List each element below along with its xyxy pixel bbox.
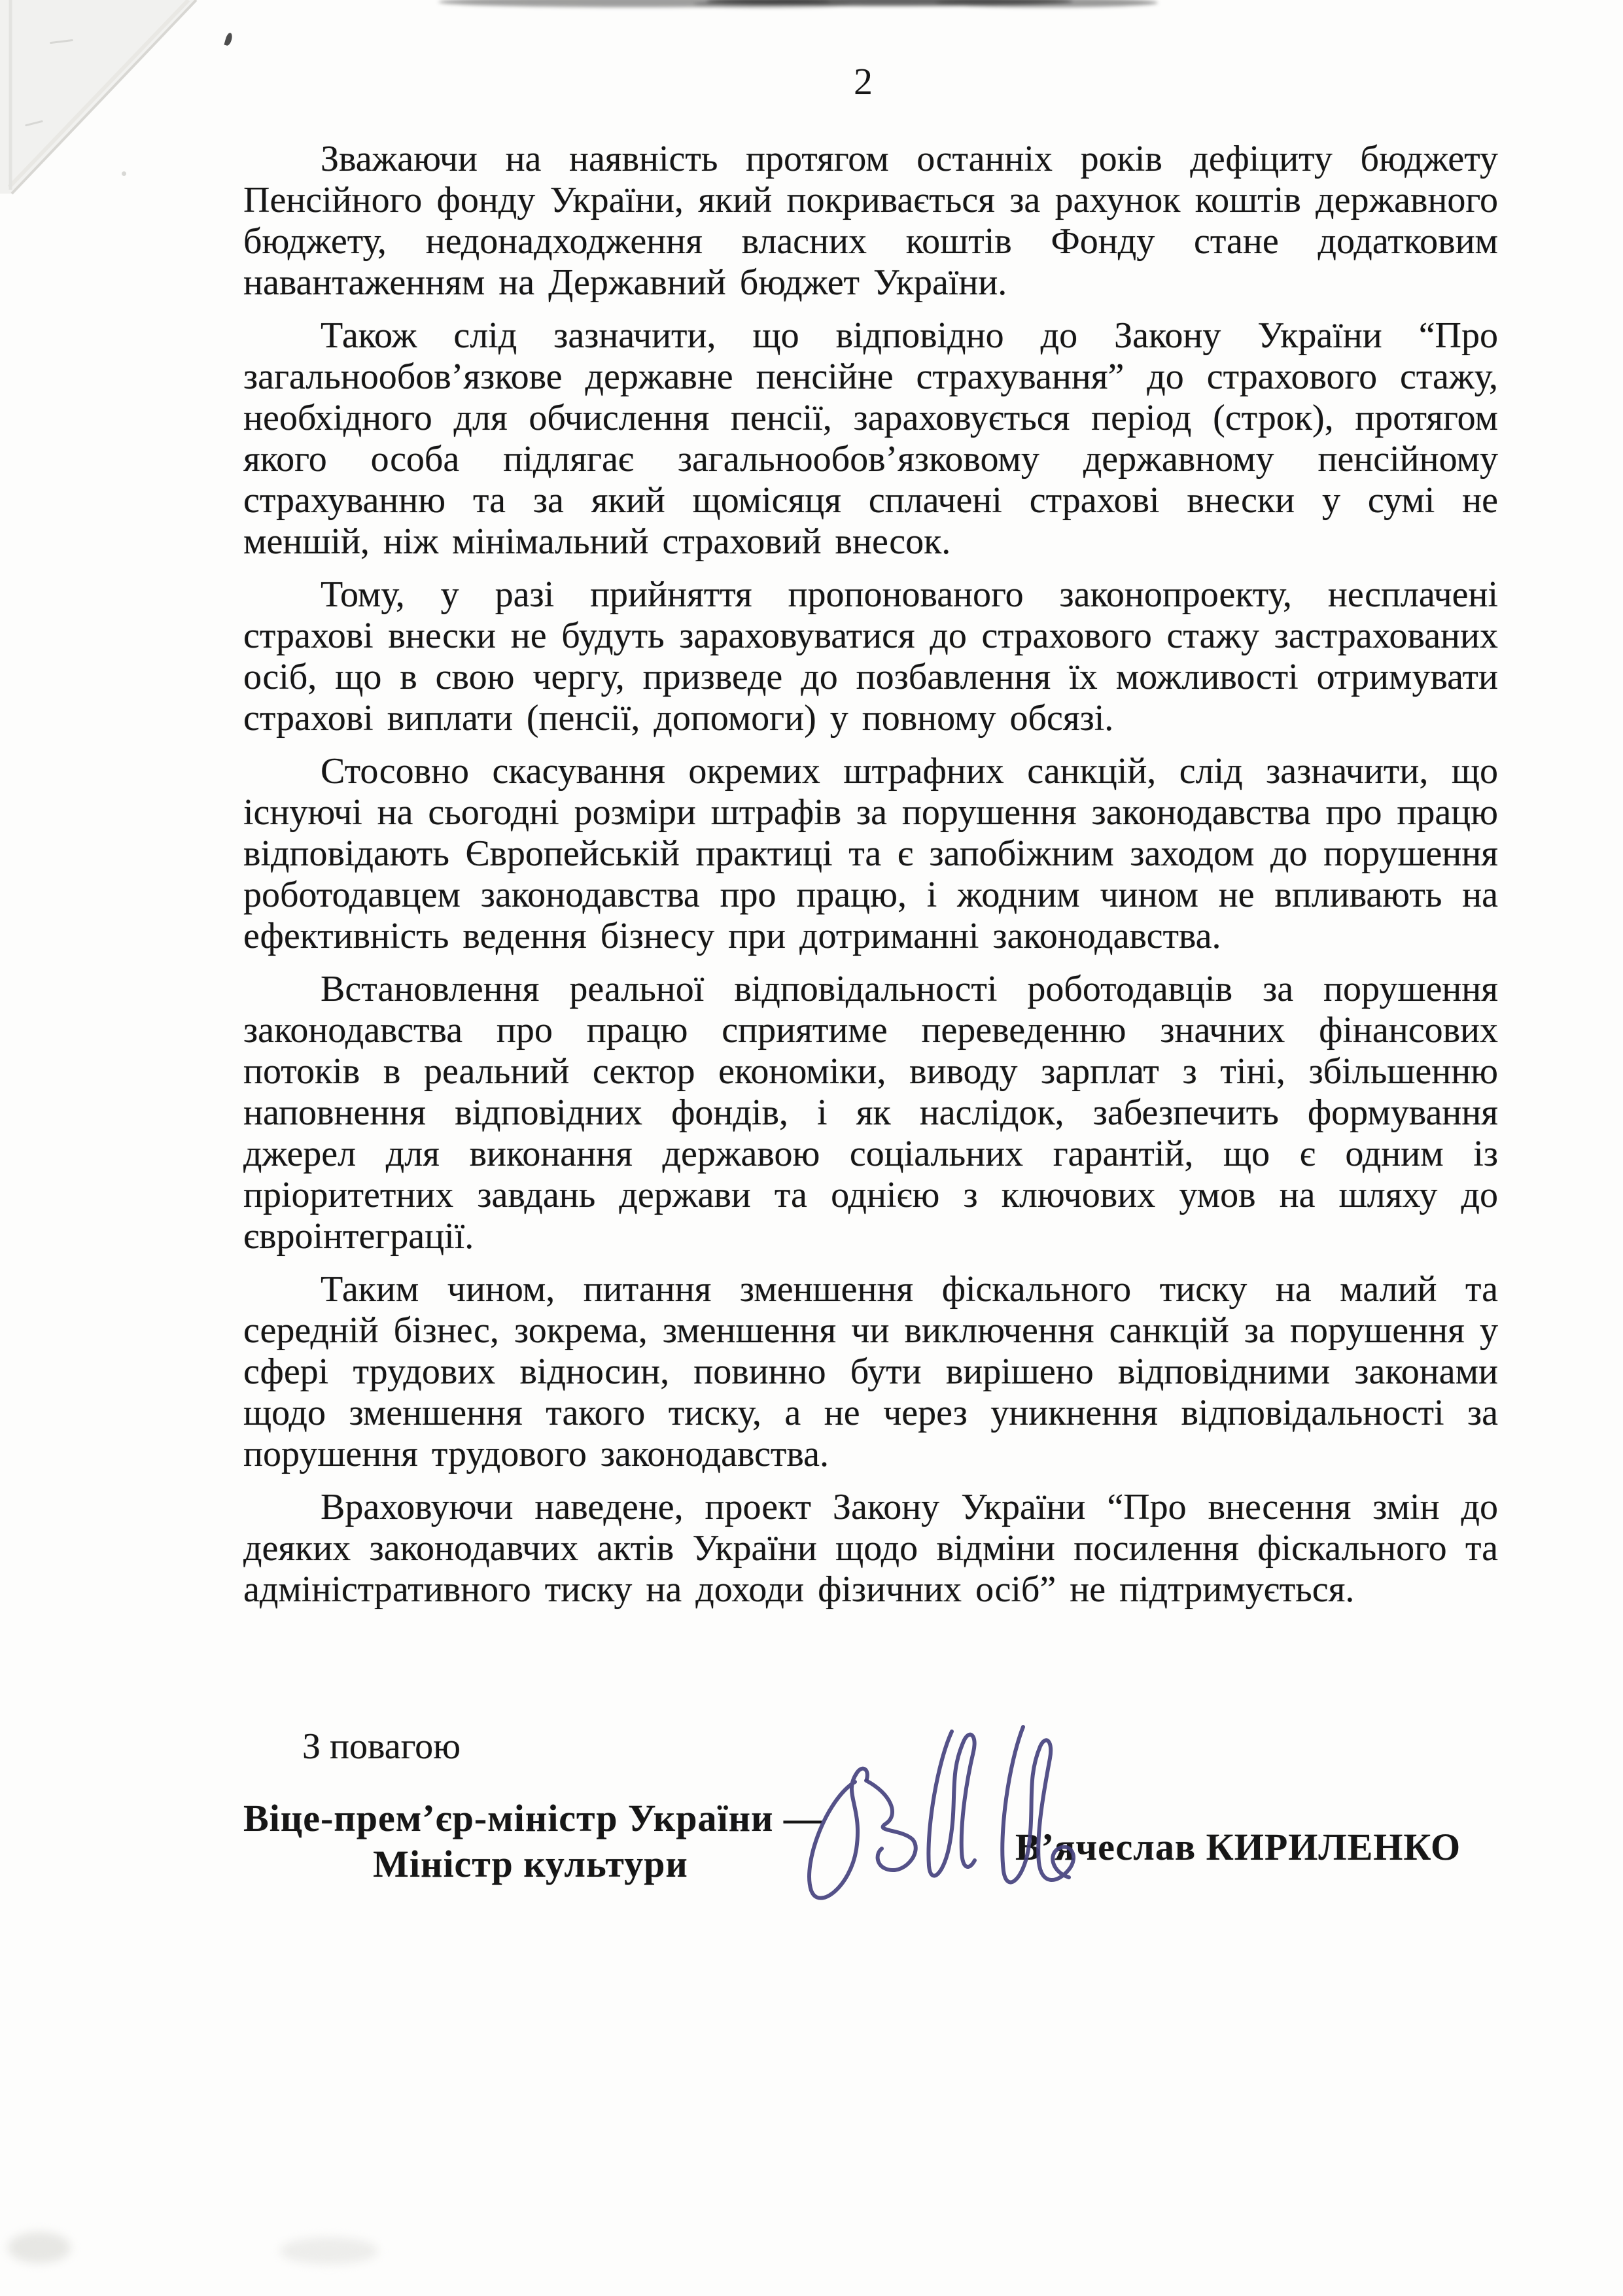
signature-stroke [866,1781,916,1870]
paragraph: Стосовно скасування окремих штрафних сан… [243,751,1498,957]
page-corner-fold [0,0,209,203]
paragraph: Таким чином, питання зменшення фіскально… [243,1269,1498,1475]
paragraph: Враховуючи наведене, проект Закону Украї… [243,1487,1498,1610]
scan-scratch [50,39,73,44]
ink-speck [224,32,233,46]
scan-dot [122,171,126,176]
scan-scratch [25,120,43,127]
signer-title-line1: Віце-прем’єр-міністр України — [243,1798,822,1839]
handwritten-signature [793,1709,1100,1918]
salutation: З повагою [302,1727,461,1767]
page-number: 2 [844,63,883,101]
scan-smudge [8,2232,71,2263]
signature-stroke [928,1731,975,1876]
scanned-letter-page: 2 Зважаючи на наявність протягом останні… [0,0,1623,2296]
paragraph: Також слід зазначити, що відповідно до З… [243,315,1498,563]
paragraph: Зважаючи на наявність протягом останніх … [243,139,1498,304]
scanner-edge-smudge [419,0,1197,13]
signer-name: В’ячеслав КИРИЛЕНКО [1015,1826,1461,1868]
scan-smudge [280,2237,378,2265]
paragraph: Встановлення реальної відповідальності р… [243,969,1498,1257]
signer-title-line2: Міністр культури [243,1843,818,1885]
letter-body: Зважаючи на наявність протягом останніх … [243,139,1498,1610]
paragraph: Тому, у разі прийняття пропонованого зак… [243,574,1498,739]
